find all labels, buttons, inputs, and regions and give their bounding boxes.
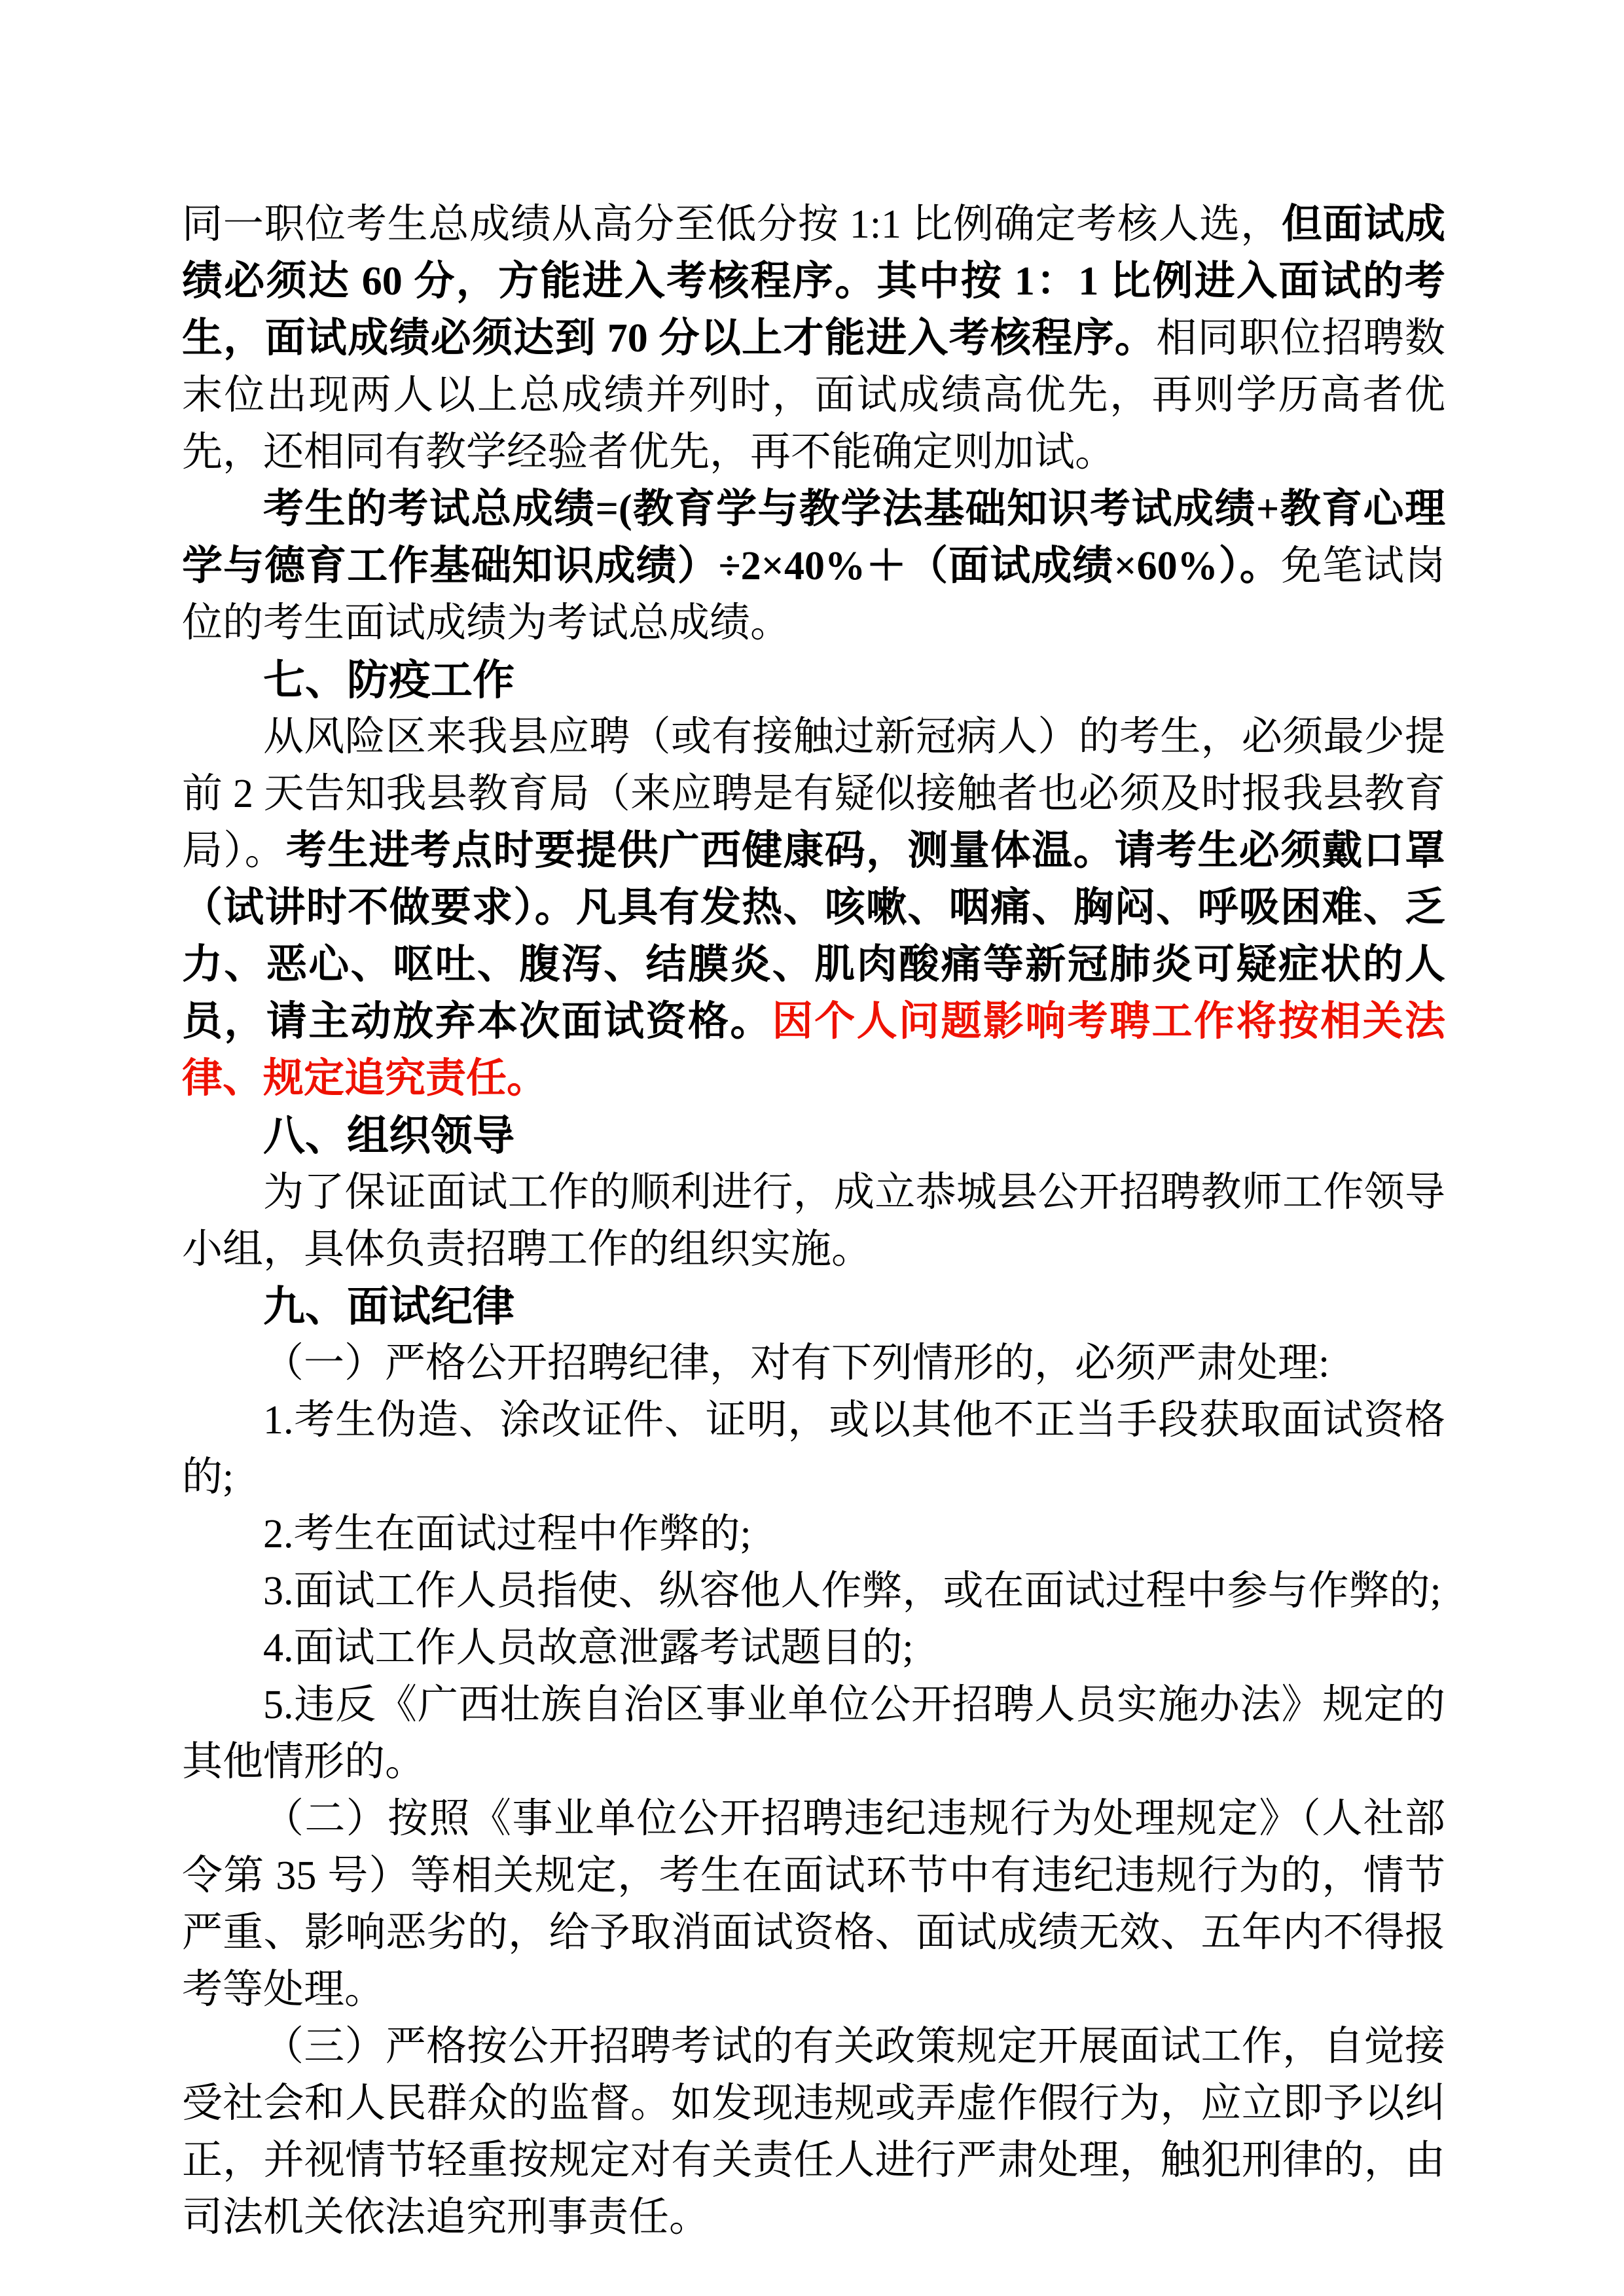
- text-run-bold: 考生的考试总成绩=(教育学与教学法基础知识考试成绩+教育心理学与德育工作基础知识…: [182, 487, 1445, 588]
- paragraph-discipline-3: （三）严格按公开招聘考试的有关政策规定开展面试工作，自觉接受社会和人民群众的监督…: [182, 2018, 1445, 2246]
- list-item-4: 4.面试工作人员故意泄露考试题目的;: [182, 1620, 1445, 1677]
- section-heading-7: 七、防疫工作: [182, 652, 1445, 709]
- text-run: （二）按照《事业单位公开招聘违纪违规行为处理规定》（人社部令第 35 号）等相关…: [182, 1797, 1445, 2012]
- list-item-1: 1.考生伪造、涂改证件、证明，或以其他不正当手段获取面试资格的;: [182, 1392, 1445, 1506]
- list-item-5: 5.违反《广西壮族自治区事业单位公开招聘人员实施办法》规定的其他情形的。: [182, 1677, 1445, 1791]
- paragraph-epidemic-prevention: 从风险区来我县应聘（或有接触过新冠病人）的考生，必须最少提前 2 天告知我县教育…: [182, 709, 1445, 1107]
- text-run: （一）严格公开招聘纪律，对有下列情形的，必须严肃处理:: [263, 1341, 1329, 1386]
- paragraph-discipline-intro: （一）严格公开招聘纪律，对有下列情形的，必须严肃处理:: [182, 1335, 1445, 1392]
- paragraph-organization: 为了保证面试工作的顺利进行，成立恭城县公开招聘教师工作领导小组，具体负责招聘工作…: [182, 1164, 1445, 1278]
- text-run: 为了保证面试工作的顺利进行，成立恭城县公开招聘教师工作领导小组，具体负责招聘工作…: [182, 1170, 1445, 1272]
- list-item-3: 3.面试工作人员指使、纵容他人作弊，或在面试过程中参与作弊的;: [182, 1563, 1445, 1620]
- paragraph-discipline-2: （二）按照《事业单位公开招聘违纪违规行为处理规定》（人社部令第 35 号）等相关…: [182, 1791, 1445, 2018]
- text-run: 1.考生伪造、涂改证件、证明，或以其他不正当手段获取面试资格的;: [182, 1398, 1445, 1499]
- paragraph-score-formula: 考生的考试总成绩=(教育学与教学法基础知识考试成绩+教育心理学与德育工作基础知识…: [182, 481, 1445, 652]
- document-page: 同一职位考生总成绩从高分至低分按 1:1 比例确定考核人选，但面试成绩必须达 6…: [0, 0, 1624, 2296]
- text-run: 5.违反《广西壮族自治区事业单位公开招聘人员实施办法》规定的其他情形的。: [182, 1683, 1445, 1784]
- section-heading-9: 九、面试纪律: [182, 1278, 1445, 1335]
- text-run: 3.面试工作人员指使、纵容他人作弊，或在面试过程中参与作弊的;: [263, 1569, 1441, 1613]
- text-run: 同一职位考生总成绩从高分至低分按 1:1 比例确定考核人选，: [182, 202, 1282, 247]
- paragraph-score-rule: 同一职位考生总成绩从高分至低分按 1:1 比例确定考核人选，但面试成绩必须达 6…: [182, 196, 1445, 481]
- section-heading-8: 八、组织领导: [182, 1107, 1445, 1164]
- text-run: （三）严格按公开招聘考试的有关政策规定开展面试工作，自觉接受社会和人民群众的监督…: [182, 2024, 1445, 2240]
- document-body: 同一职位考生总成绩从高分至低分按 1:1 比例确定考核人选，但面试成绩必须达 6…: [182, 196, 1445, 2246]
- list-item-2: 2.考生在面试过程中作弊的;: [182, 1506, 1445, 1563]
- text-run: 2.考生在面试过程中作弊的;: [263, 1512, 751, 1556]
- text-run: 4.面试工作人员故意泄露考试题目的;: [263, 1626, 914, 1670]
